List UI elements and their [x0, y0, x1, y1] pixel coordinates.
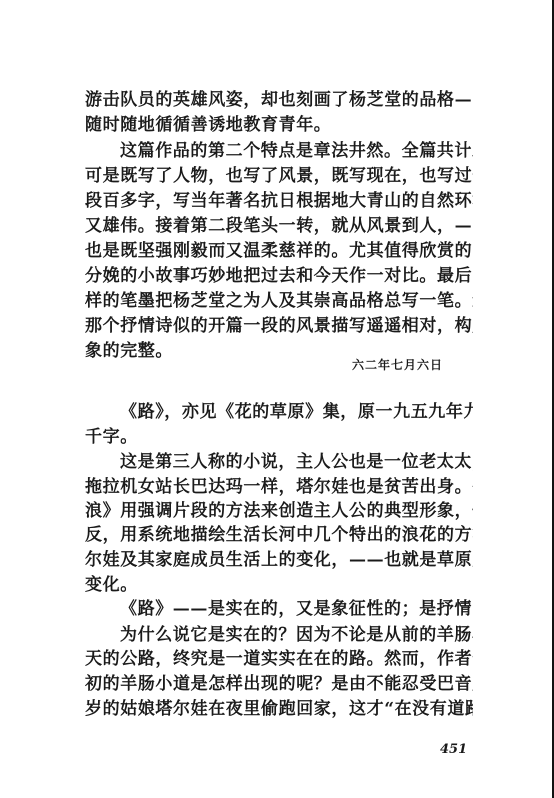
text-line: 这是第三人称的小说，主人公也是一位老太太，塔尔娃。和	[120, 450, 473, 474]
text-line: 浪》用强调片段的方法来创造主人公的典型形象，《路》却相	[85, 499, 473, 523]
text-line: 这篇作品的第二个特点是章法井然。全篇共计三千多字，	[120, 139, 473, 163]
text-line: 天的公路，终究是一道实实在在的路。然而，作者告诉我们，最	[85, 647, 473, 671]
text-line: 游击队员的英雄风姿，却也刻画了杨芝堂的品格——他是怎样	[85, 88, 473, 112]
text-line: 段百多字，写当年著名抗日根据地大青山的自然环境，既美丽而	[85, 189, 473, 213]
text-line: 反，用系统地描绘生活长河中几个特出的浪花的方法，来表现塔	[85, 523, 473, 547]
text-line: 为什么说它是实在的？因为不论是从前的羊肠小道或是今	[120, 623, 473, 647]
text-line: 也是既坚强刚毅而又温柔慈祥的。尤其值得欣赏的，是用少妇	[85, 239, 473, 263]
text-line: 可是既写了人物，也写了风景，既写现在，也写过去。开头第一	[85, 164, 473, 188]
text-line: 《路》，亦见《花的草原》集，原一九五九年九月四日作，约八	[120, 400, 473, 424]
date-signature: 六二年七月六日	[352, 356, 443, 373]
book-page: 游击队员的英雄风姿，却也刻画了杨芝堂的品格——他是怎样随时随地循循善诱地教育青年…	[0, 0, 554, 798]
text-line: 又雄伟。接着第二段笔头一转，就从风景到人，——杨芝堂，这	[85, 214, 473, 238]
text-line: 分娩的小故事巧妙地把过去和今天作一对比。最后，用颂歌那	[85, 264, 473, 288]
text-line: 那个抒情诗似的开篇一段的风景描写遥遥相对，构成了艺术形	[85, 314, 473, 338]
text-line: 随时随地循循善诱地教育青年。	[85, 113, 473, 137]
text-line: 千字。	[85, 425, 473, 449]
text-line: 拖拉机女站长巴达玛一样，塔尔娃也是贫苦出身。但是《诗的波	[85, 475, 473, 499]
text-line: 岁的姑娘塔尔娃在夜里偷跑回家，这才“在没有道路的荒原上，	[85, 697, 473, 721]
text-line: 样的笔墨把杨芝堂之为人及其崇高品格总写一笔。这个结尾和	[85, 289, 473, 313]
text-line: 初的羊肠小道是怎样出现的呢？是由不能忍受巴音虐待的十几	[85, 672, 473, 696]
text-line: 《路》——是实在的，又是象征性的；是抒情的，又是叙事的。	[120, 597, 473, 621]
page-number: 451	[440, 742, 467, 757]
text-line: 变化。	[85, 573, 473, 597]
text-line: 尔娃及其家庭成员生活上的变化，——也就是草原人民生活的	[85, 548, 473, 572]
